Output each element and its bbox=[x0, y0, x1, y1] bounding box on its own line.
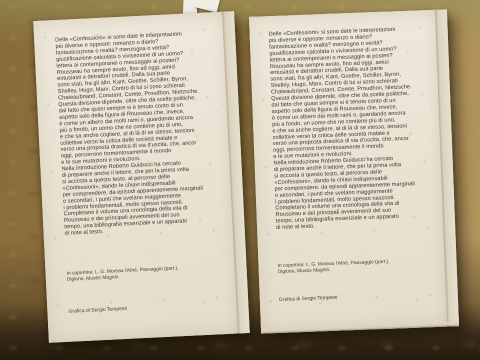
left-book-back-cover: Delle «Confessioni» si sono date le inte… bbox=[33, 11, 249, 342]
right-book-bottom-page-edges bbox=[263, 321, 459, 334]
designer-credit: Grafica di Sergio Tempesti bbox=[279, 291, 429, 302]
cover-credit: In copertina: L. G. Moreau l'Aîné, Paesa… bbox=[66, 263, 216, 282]
designer-credit: Grafica di Sergio Tempesti bbox=[68, 301, 218, 314]
back-cover-blurb: Delle «Confessioni» si sono date le inte… bbox=[269, 25, 442, 231]
right-book-back-cover: Delle «Confessioni» si sono date le inte… bbox=[249, 9, 459, 333]
wooden-table-surface: Delle «Confessioni» si sono date le inte… bbox=[0, 0, 480, 360]
cover-credit: In copertina: L. G. Moreau l'Aîné, Paesa… bbox=[277, 257, 427, 275]
bookmark-strip-folded-tip bbox=[194, 0, 220, 13]
back-cover-blurb: Delle «Confessioni» si sono date le inte… bbox=[55, 29, 230, 237]
